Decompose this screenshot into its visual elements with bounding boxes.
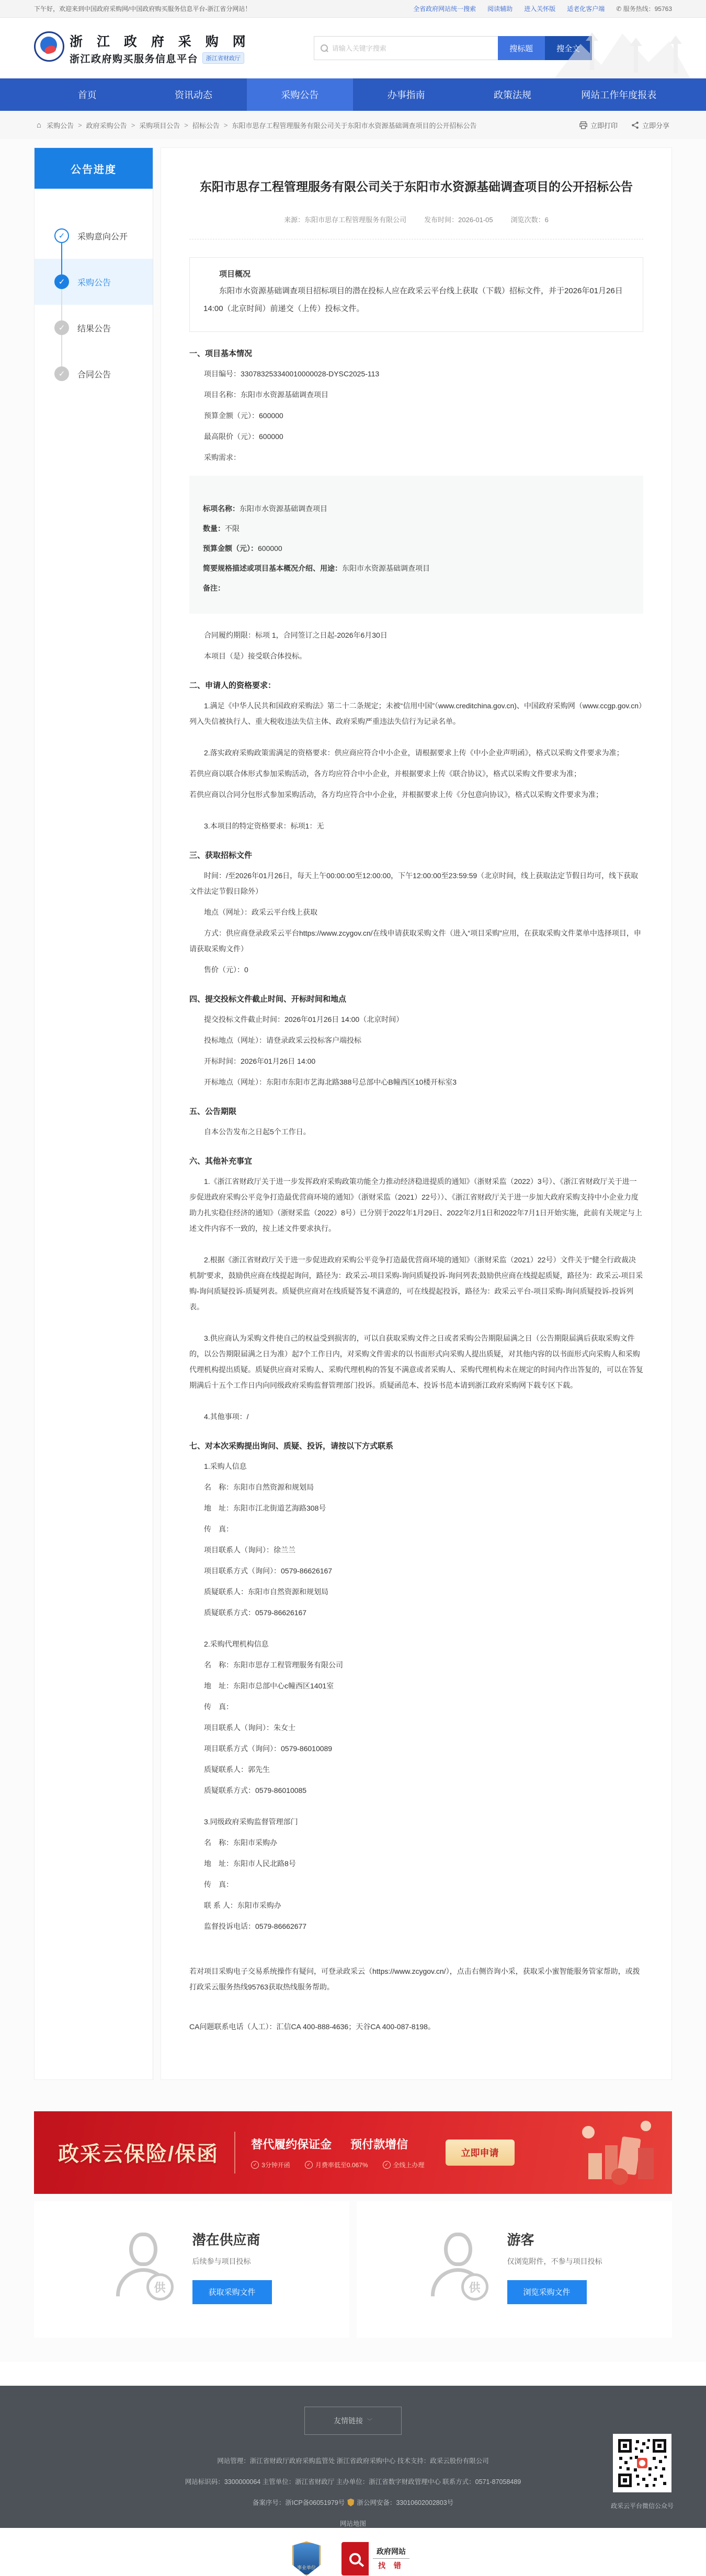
breadcrumb-separator: > (224, 121, 228, 129)
sidebar-step-结果公告[interactable]: ✓结果公告 (35, 305, 153, 351)
paragraph: 传 真： (189, 1699, 643, 1715)
paragraph: 项目联系方式（询问）：0579-86626167 (189, 1563, 643, 1579)
lot-detail-line: 数量：不限 (203, 521, 630, 536)
lot-detail-label: 数量： (203, 524, 225, 533)
phone-icon: ✆ (616, 5, 621, 13)
footer-org-line: 网站标识码：3300000064 主管单位：浙江省财政厅 主办单位：浙江省数字财… (0, 2477, 706, 2486)
section-1: 二、申请人的资格要求：1.满足《中华人民共和国政府采购法》第二十二条规定；未被“… (189, 680, 643, 834)
breadcrumb-separator: > (184, 121, 188, 129)
breadcrumb-separator: > (131, 121, 135, 129)
paragraph: 联 系 人：东阳市采购办 (189, 1897, 643, 1913)
police-badge-icon (347, 2499, 354, 2506)
paragraph: 本项目（是）接受联合体投标。 (189, 648, 643, 664)
section-heading: 一、项目基本情况 (189, 348, 643, 359)
step-label: 采购公告 (77, 276, 111, 288)
lot-detail-label: 简要规格描述或项目基本概况介绍、用途： (203, 564, 342, 572)
role-card-title: 潜在供应商 (192, 2229, 272, 2249)
qr-caption: 政采云平台微信公众号 (611, 2501, 674, 2510)
breadcrumb-separator: > (78, 121, 82, 129)
role-card-title: 游客 (507, 2229, 602, 2249)
print-button[interactable]: 立即打印 (579, 120, 618, 130)
paragraph: 项目编号：330783253340010000028-DYSC2025-113 (189, 366, 643, 382)
paragraph: 3.本项目的特定资格要求：标项1：无 (189, 818, 643, 834)
step-check-icon: ✓ (54, 366, 69, 381)
paragraph: 2.落实政府采购政策需满足的资格要求：供应商应符合中小企业，请根据要求上传《中小… (189, 745, 643, 761)
paragraph: 合同履约期限：标项 1，合同签订之日起-2026年6月30日 (189, 627, 643, 643)
section-heading: 四、提交投标文件截止时间、开标时间和地点 (189, 993, 643, 1004)
site-name: 浙 江 政 府 采 购 网 (70, 31, 251, 50)
paragraph: 开标时间：2026年01月26日 14:00 (189, 1053, 643, 1069)
step-check-icon: ✓ (54, 274, 69, 289)
nav-item-网站工作年度报表[interactable]: 网站工作年度报表 (566, 78, 672, 111)
paragraph: 若供应商以联合体形式参加采购活动，各方均应符合中小企业，并根据要求上传《联合协议… (189, 766, 643, 781)
nav-item-首页[interactable]: 首页 (34, 78, 140, 111)
sidebar-title: 公告进度 (35, 148, 153, 189)
paragraph: 名 称：东阳市采购办 (189, 1835, 643, 1850)
step-check-icon: ✓ (54, 228, 69, 243)
section-heading: 六、其他补充事宜 (189, 1155, 643, 1166)
banner-feature-2: 全线上办理 (383, 2160, 425, 2169)
top-utility-bar: 下午好，欢迎来到中国政府采购网/中国政府购买服务信息平台-浙江省分网站！ 全省政… (0, 0, 706, 18)
gov-site-error-report-badge[interactable]: 政府网站 找 错 (341, 2542, 414, 2575)
sitemap-link[interactable]: 网站地图 (0, 2518, 706, 2528)
institution-badge[interactable]: 事业单位 (292, 2541, 321, 2576)
role-card-desc: 仅浏览附件，不参与项目投标 (507, 2256, 602, 2267)
paragraph: 4.其他事项：/ (189, 1409, 643, 1424)
nav-item-采购公告[interactable]: 采购公告 (247, 78, 353, 111)
topbar-link-2[interactable]: 进入关怀版 (524, 4, 555, 13)
paragraph: 2.采购代理机构信息 (189, 1636, 643, 1652)
project-overview-box: 项目概况 东阳市水资源基础调查项目招标项目的潜在投标人应在政采云平台线上获取（下… (189, 257, 643, 332)
paragraph: 最高限价（元）：600000 (189, 429, 643, 444)
topbar-link-0[interactable]: 全省政府网站统一搜索 (413, 4, 476, 13)
meta-publish-time: 发布时间：2026-01-05 (424, 214, 493, 224)
sidebar-step-采购意向公开[interactable]: ✓采购意向公开 (35, 213, 153, 259)
paragraph: 预算金额（元）：600000 (189, 408, 643, 423)
share-button[interactable]: 立即分享 (631, 120, 669, 130)
lot-detail-line: 标项名称：东阳市水资源基础调查项目 (203, 501, 630, 516)
overview-text: 东阳市水资源基础调查项目招标项目的潜在投标人应在政采云平台线上获取（下载）招标文… (203, 282, 629, 318)
icp-number: 备案序号：浙ICP备06051979号 (253, 2499, 345, 2506)
lot-detail-line: 预算金额（元）：600000 (203, 540, 630, 556)
site-header: 浙 江 政 府 采 购 网 浙江政府购买服务信息平台 浙江省财政厅 搜标题 搜全… (0, 18, 706, 78)
banner-subtitle-2: 预付款增信 (350, 2136, 408, 2152)
paragraph: 投标地点（网址）：请登录政采云投标客户端投标 (189, 1032, 643, 1048)
sidebar-step-合同公告[interactable]: ✓合同公告 (35, 351, 153, 397)
lot-detail-label: 标项名称： (203, 504, 240, 513)
overview-title: 项目概况 (203, 268, 629, 279)
role-card-button[interactable]: 浏览采购文件 (507, 2280, 587, 2304)
lot-detail-line: 简要规格描述或项目基本概况介绍、用途：东阳市水资源基础调查项目 (203, 560, 630, 576)
banner-buildings-illustration (557, 2117, 662, 2190)
site-emblem-icon (34, 31, 64, 62)
paragraph: 质疑联系人：郭先生 (189, 1762, 643, 1777)
announcement-content: 东阳市思存工程管理服务有限公司关于东阳市水资源基础调查项目的公开招标公告 来源：… (161, 147, 672, 2080)
service-hotline: ✆ 服务热线：95763 (616, 4, 672, 13)
greeting-text: 下午好，欢迎来到中国政府采购网/中国政府购买服务信息平台-浙江省分网站！ (34, 4, 251, 13)
section-6: 七、对本次采购提出询问、质疑、投诉，请按以下方式联系1.采购人信息名 称：东阳市… (189, 1440, 643, 1934)
banner-feature-0: 3分钟开函 (251, 2160, 290, 2169)
finance-dept-badge: 浙江省财政厅 (202, 52, 244, 64)
home-icon: ⌂ (37, 121, 41, 130)
step-connector (61, 289, 62, 320)
paragraph: 质疑联系人：东阳市自然资源和规划局 (189, 1584, 643, 1600)
section-5: 六、其他补充事宜1.《浙江省财政厅关于进一步发挥政府采购政策功能全力推动经济稳进… (189, 1155, 643, 1424)
breadcrumb-item-0[interactable]: 采购公告 (47, 120, 74, 130)
main-zone: 公告进度 ✓采购意向公开✓采购公告✓结果公告✓合同公告 东阳市思存工程管理服务有… (0, 139, 706, 2080)
banner-title: 政采云保险/保函 (58, 2137, 219, 2167)
search-area: 搜标题 搜全文 (314, 36, 592, 60)
paragraph: 时间：/至2026年01月26日，每天上午00:00:00至12:00:00，下… (189, 868, 643, 899)
banner-divider (234, 2132, 235, 2173)
step-label: 合同公告 (77, 368, 111, 380)
dashed-divider (189, 239, 643, 239)
breadcrumb-item-4: 东阳市思存工程管理服务有限公司关于东阳市水资源基础调查项目的公开招标公告 (232, 120, 477, 130)
footer-management-line: 网站管理：浙江省财政厅政府采购监管处 浙江省政府采购中心 技术支持：政采云股份有… (0, 2456, 706, 2465)
paragraph: 方式：供应商登录政采云平台https://www.zcygov.cn/在线申请获… (189, 925, 643, 957)
section-3: 四、提交投标文件截止时间、开标时间和地点提交投标文件截止时间：2026年01月2… (189, 993, 643, 1090)
paragraph: 地 址：东阳市江北街道艺海路308号 (189, 1500, 643, 1516)
paragraph: 传 真： (189, 1877, 643, 1892)
role-card-desc: 后续参与项目投标 (192, 2256, 272, 2267)
paragraph: 质疑联系方式：0579-86626167 (189, 1605, 643, 1620)
article-sections: 一、项目基本情况项目编号：330783253340010000028-DYSC2… (189, 348, 643, 1934)
banner-feature-1: 月费率低至0.067% (305, 2160, 368, 2169)
paragraph: 传 真： (189, 1521, 643, 1537)
paragraph: 名 称：东阳市思存工程管理服务有限公司 (189, 1657, 643, 1673)
role-cards: 供潜在供应商后续参与项目投标获取采购文件供游客仅浏览附件，不参与项目投标浏览采购… (0, 2194, 706, 2362)
print-icon (579, 121, 587, 129)
zcy-insurance-banner[interactable]: 政采云保险/保函 替代履约保证金 预付款增信 3分钟开函月费率低至0.067%全… (34, 2111, 672, 2194)
role-card-info: 潜在供应商后续参与项目投标获取采购文件 (192, 2229, 272, 2304)
lot-detail-value: 东阳市水资源基础调查项目 (240, 504, 327, 513)
search-input[interactable] (332, 44, 492, 52)
paragraph: 项目联系方式（询问）：0579-86010089 (189, 1741, 643, 1756)
error-report-magnifier-icon (349, 2553, 361, 2564)
breadcrumb-item-1[interactable]: 政府采购公告 (86, 120, 127, 130)
apply-now-button[interactable]: 立即申请 (446, 2140, 515, 2166)
section-heading: 三、获取招标文件 (189, 849, 643, 860)
section-4: 五、公告期限自本公告发布之日起5个工作日。 (189, 1106, 643, 1140)
topbar-link-3[interactable]: 适老化客户端 (567, 4, 605, 13)
role-card-info: 游客仅浏览附件，不参与项目投标浏览采购文件 (507, 2229, 602, 2304)
step-connector (61, 243, 62, 274)
section-2: 三、获取招标文件时间：/至2026年01月26日，每天上午00:00:00至12… (189, 849, 643, 977)
paragraph: 1.采购人信息 (189, 1458, 643, 1474)
search-title-button[interactable]: 搜标题 (498, 36, 545, 60)
paragraph: 质疑联系方式：0579-86010085 (189, 1782, 643, 1798)
paragraph: 3.供应商认为采购文件使自己的权益受到损害的，可以自获取采购文件之日或者采购公告… (189, 1330, 643, 1393)
section-heading: 五、公告期限 (189, 1106, 643, 1117)
step-label: 采购意向公开 (77, 230, 128, 242)
lot-detail-value: 600000 (258, 544, 282, 553)
sidebar-step-采购公告[interactable]: ✓采购公告 (35, 259, 153, 305)
lot-detail-line: 备注： (203, 580, 630, 596)
closing-paragraphs: 若对项目采购电子交易系统操作有疑问，可登录政采云（https://www.zcy… (189, 1963, 643, 2034)
role-card-1: 供游客仅浏览附件，不参与项目投标浏览采购文件 (357, 2201, 672, 2338)
wechat-qr-code (613, 2434, 671, 2492)
step-label: 结果公告 (77, 322, 111, 334)
paragraph: 项目名称：东阳市水资源基础调查项目 (189, 387, 643, 402)
closing-paragraph-1: CA问题联系电话（人工）：汇信CA 400-888-4636；天谷CA 400-… (189, 2019, 643, 2034)
footer-icp-line: 备案序号：浙ICP备06051979号浙公网安备：33010602002803号 (0, 2498, 706, 2507)
supplier-badge-icon: 供 (461, 2273, 488, 2301)
search-icon (321, 44, 328, 52)
nav-item-资讯动态[interactable]: 资讯动态 (140, 78, 246, 111)
nav-item-政策法规[interactable]: 政策法规 (459, 78, 565, 111)
site-footer: 友情链接﹀ 网站管理：浙江省财政厅政府采购监管处 浙江省政府采购中心 技术支持：… (0, 2386, 706, 2528)
closing-paragraph-0: 若对项目采购电子交易系统操作有疑问，可登录政采云（https://www.zcy… (189, 1963, 643, 1995)
site-subtitle: 浙江政府购买服务信息平台 (70, 51, 198, 65)
paragraph: 项目联系人（询问）：朱女士 (189, 1720, 643, 1735)
meta-view-count: 浏览次数：6 (511, 214, 549, 224)
section-0: 一、项目基本情况项目编号：330783253340010000028-DYSC2… (189, 348, 643, 664)
friend-links-select[interactable]: 友情链接﹀ (304, 2407, 402, 2435)
paragraph: 3.同级政府采购监督管理部门 (189, 1814, 643, 1830)
pre-footer-spacer (0, 2362, 706, 2386)
page-title: 东阳市思存工程管理服务有限公司关于东阳市水资源基础调查项目的公开招标公告 (194, 177, 639, 197)
paragraph: 2.根据《浙江省财政厅关于进一步促进政府采购公平竞争打造最优营商环境的通知》（浙… (189, 1252, 643, 1315)
breadcrumb-bar: ⌂ 采购公告>政府采购公告>采购项目公告>招标公告>东阳市思存工程管理服务有限公… (0, 111, 706, 139)
banner-subtitle-1: 替代履约保证金 (251, 2136, 332, 2152)
topbar-links: 全省政府网站统一搜索阅读辅助进入关怀版适老化客户端 (413, 4, 605, 13)
meta-source: 来源：东阳市思存工程管理服务有限公司 (284, 214, 406, 224)
supplier-badge-icon: 供 (146, 2273, 174, 2301)
person-head-icon (129, 2233, 157, 2266)
paragraph: 1.《浙江省财政厅关于进一步发挥政府采购政策功能全力推动经济稳进提质的通知》（浙… (189, 1174, 643, 1236)
paragraph: 开标地点（网址）：东阳市东阳市艺海北路388号总部中心B幢西区10楼开标室3 (189, 1074, 643, 1090)
progress-sidebar: 公告进度 ✓采购意向公开✓采购公告✓结果公告✓合同公告 (34, 147, 153, 2080)
paragraph: 地 址：东阳市人民北路8号 (189, 1856, 643, 1871)
step-check-icon: ✓ (54, 320, 69, 335)
breadcrumb: ⌂ 采购公告>政府采购公告>采购项目公告>招标公告>东阳市思存工程管理服务有限公… (37, 120, 477, 130)
paragraph: 若供应商以合同分包形式参加采购活动，各方均应符合中小企业，并根据要求上传《分包意… (189, 787, 643, 802)
person-icon: 供 (427, 2233, 489, 2301)
step-connector (61, 335, 62, 366)
paragraph: 提交投标文件截止时间：2026年01月26日 14:00（北京时间） (189, 1011, 643, 1027)
role-card-button[interactable]: 获取采购文件 (192, 2280, 272, 2304)
site-logo: 浙 江 政 府 采 购 网 浙江政府购买服务信息平台 浙江省财政厅 (34, 31, 251, 65)
paragraph: 售价（元）：0 (189, 962, 643, 977)
nav-item-办事指南[interactable]: 办事指南 (353, 78, 459, 111)
paragraph: 监督投诉电话：0579-86662677 (189, 1918, 643, 1934)
mountain-watermark-decoration (554, 23, 690, 78)
security-record-number: 浙公网安备：33010602002803号 (357, 2499, 453, 2506)
section-heading: 七、对本次采购提出询问、质疑、投诉，请按以下方式联系 (189, 1440, 643, 1451)
paragraph: 地点（网址）：政采云平台线上获取 (189, 904, 643, 920)
person-head-icon (444, 2233, 472, 2266)
breadcrumb-item-2[interactable]: 采购项目公告 (139, 120, 180, 130)
share-icon (631, 121, 639, 129)
lot-detail-value: 东阳市水资源基础调查项目 (342, 564, 430, 572)
section-heading: 二、申请人的资格要求： (189, 680, 643, 691)
paragraph: 项目联系人（询问）：徐兰兰 (189, 1542, 643, 1558)
paragraph: 地 址：东阳市总部中心c幢西区1401室 (189, 1678, 643, 1694)
main-nav: 首页资讯动态采购公告办事指南政策法规网站工作年度报表 (0, 78, 706, 111)
lot-detail-value: 不限 (225, 524, 240, 533)
lot-detail-label: 备注： (203, 584, 225, 592)
chevron-down-icon: ﹀ (367, 2417, 372, 2424)
breadcrumb-item-3[interactable]: 招标公告 (192, 120, 220, 130)
lot-detail-box: 标项名称：东阳市水资源基础调查项目数量：不限预算金额（元）：600000简要规格… (189, 476, 643, 614)
role-card-0: 供潜在供应商后续参与项目投标获取采购文件 (34, 2201, 349, 2338)
topbar-link-1[interactable]: 阅读辅助 (487, 4, 513, 13)
paragraph: 自本公告发布之日起5个工作日。 (189, 1124, 643, 1140)
paragraph: 1.满足《中华人民共和国政府采购法》第二十二条规定；未被“信用中国”（www.c… (189, 698, 643, 729)
person-icon: 供 (112, 2233, 175, 2301)
paragraph: 采购需求： (189, 450, 643, 465)
article-meta: 来源：东阳市思存工程管理服务有限公司 发布时间：2026-01-05 浏览次数：… (189, 214, 643, 224)
lot-detail-label: 预算金额（元）： (203, 544, 258, 553)
paragraph: 名 称：东阳市自然资源和规划局 (189, 1479, 643, 1495)
banner-zone: 政采云保险/保函 替代履约保证金 预付款增信 3分钟开函月费率低至0.067%全… (0, 2080, 706, 2194)
